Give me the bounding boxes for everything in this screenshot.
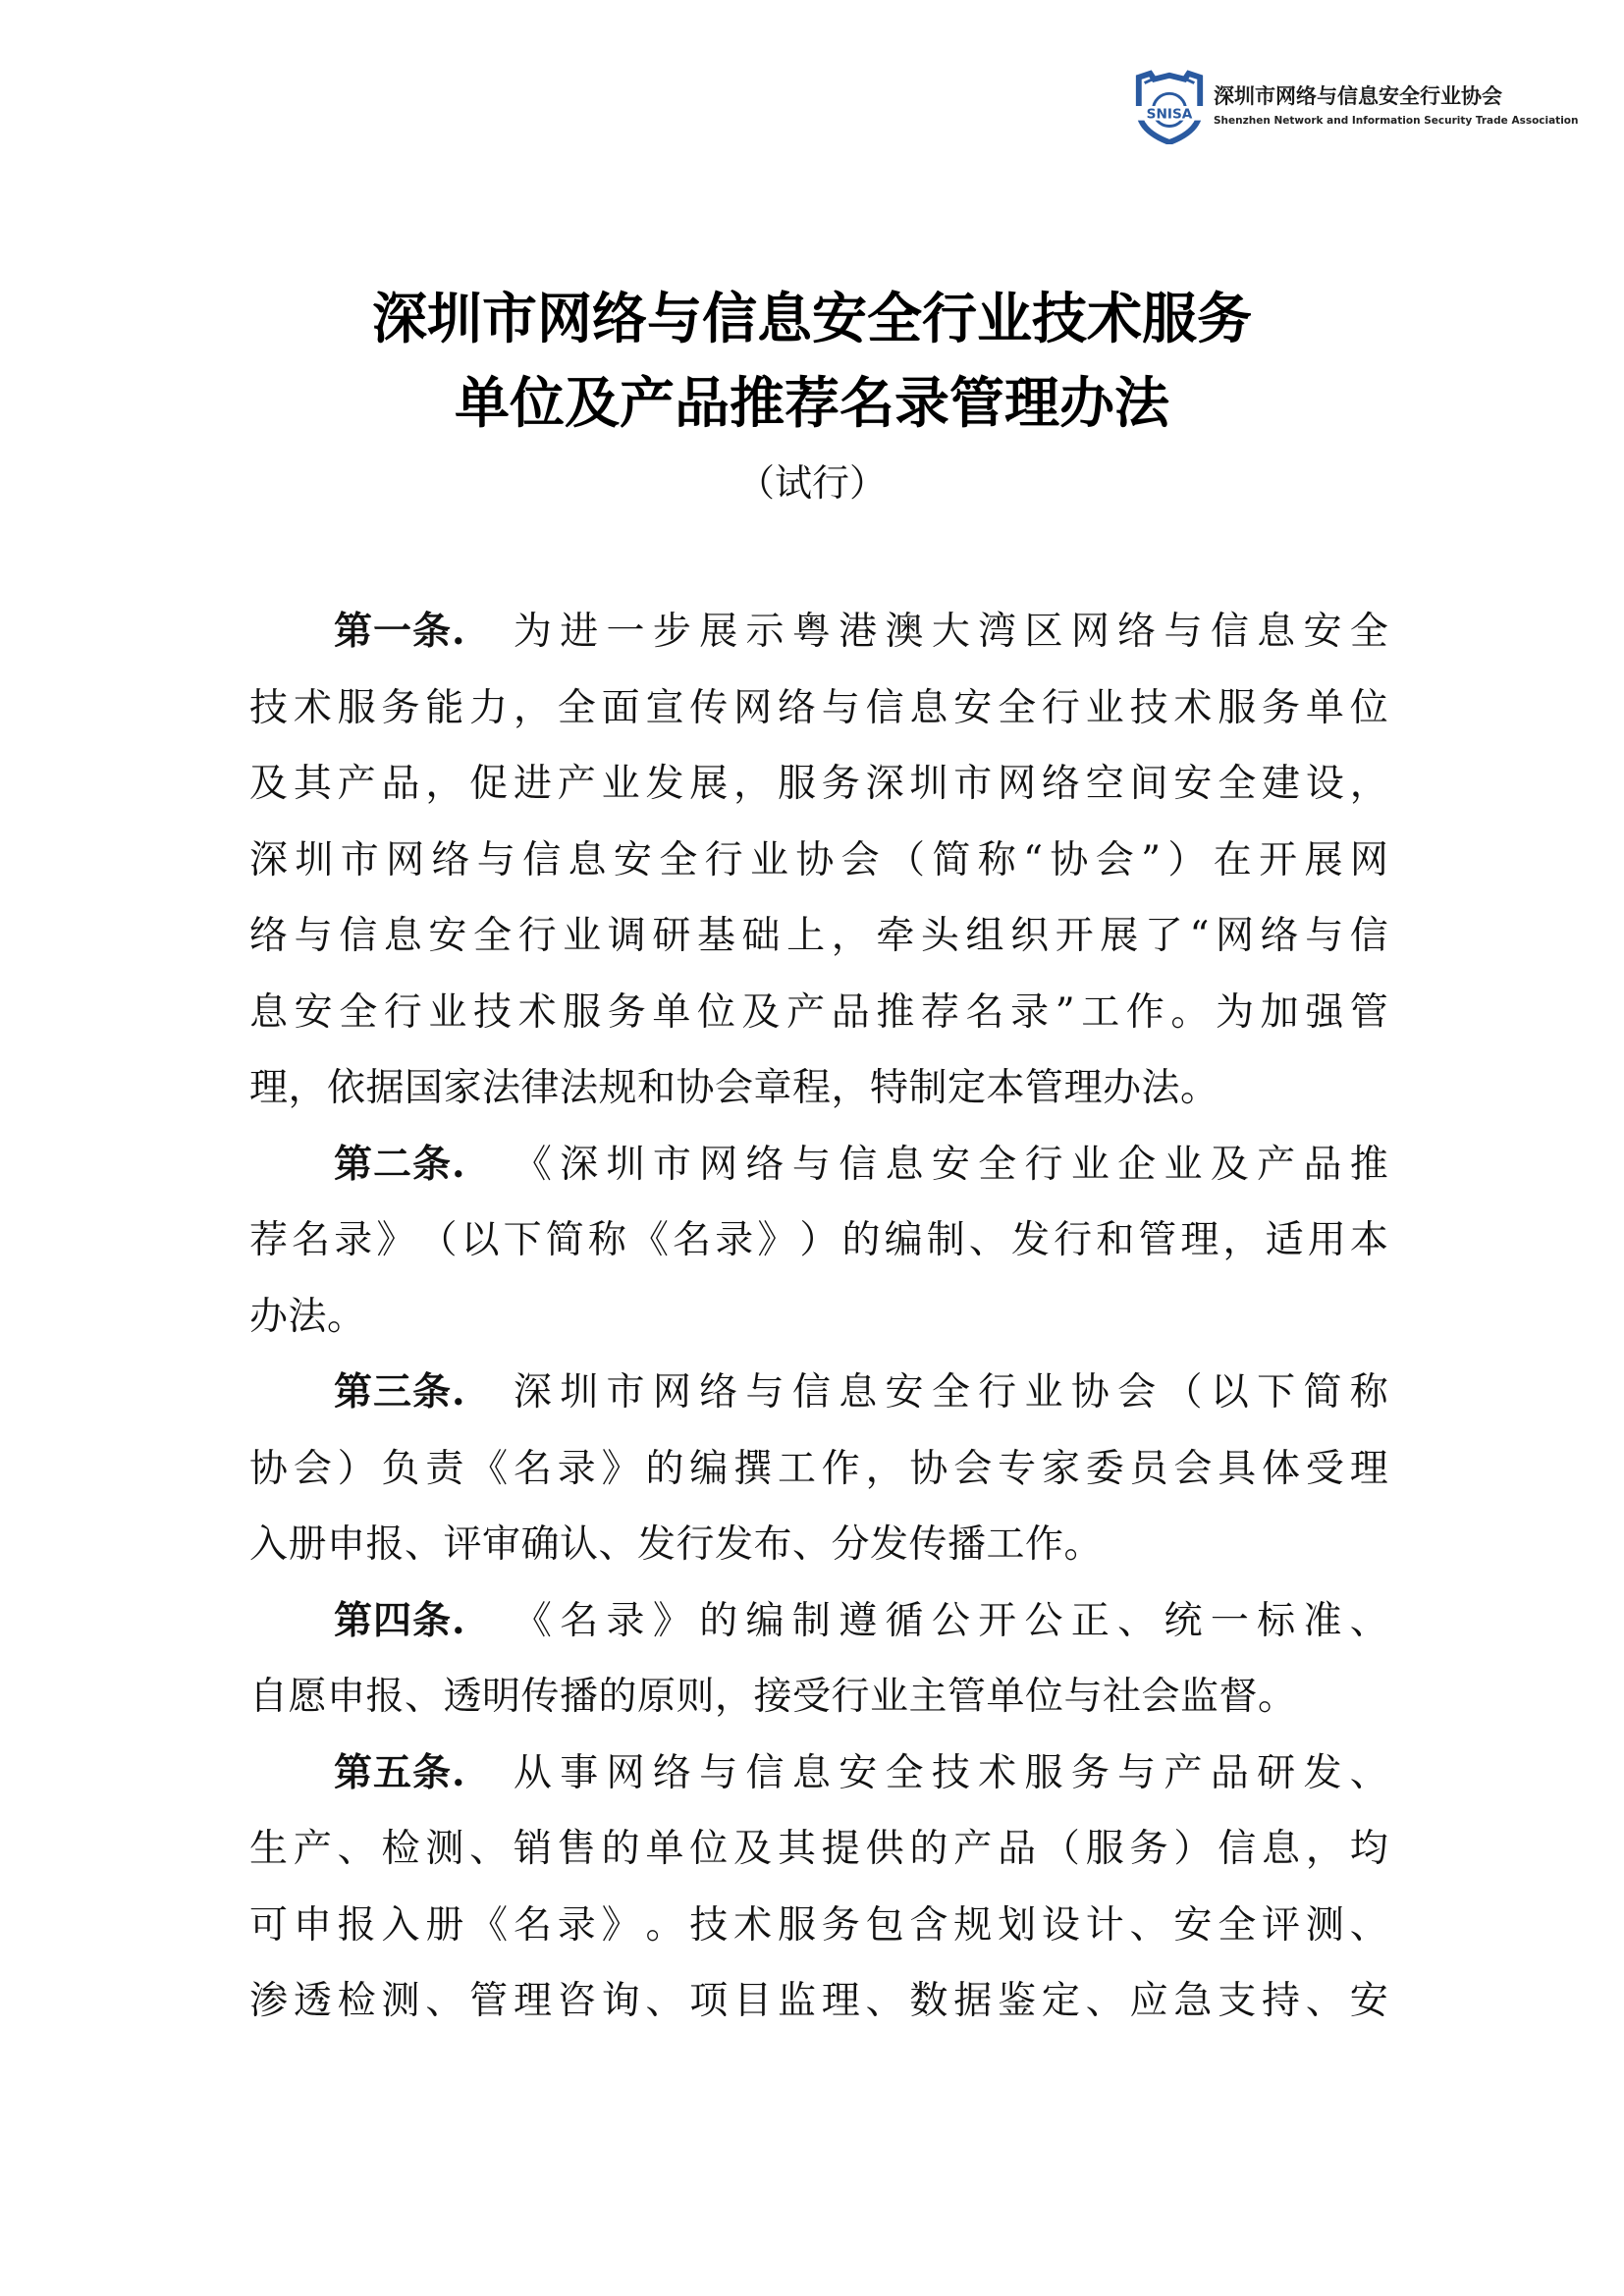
svg-text:SNISA: SNISA bbox=[1147, 107, 1193, 123]
article-label: 第四条. bbox=[334, 1583, 466, 1660]
article-2: 第二条.《深圳市网络与信息安全行业企业及产品推荐名录》（以下简称《名录》）的编制… bbox=[249, 1127, 1388, 1356]
document-body: 第一条.为进一步展示粤港澳大湾区网络与信息安全技术服务能力，全面宣传网络与信息安… bbox=[249, 594, 1388, 2040]
article-line: 第一条.为进一步展示粤港澳大湾区网络与信息安全 bbox=[249, 594, 1388, 670]
article-1: 第一条.为进一步展示粤港澳大湾区网络与信息安全技术服务能力，全面宣传网络与信息安… bbox=[249, 594, 1388, 1127]
article-text: 入册申报、评审确认、发行发布、分发传播工作。 bbox=[249, 1507, 1103, 1583]
article-line: 生产、检测、销售的单位及其提供的产品（服务）信息，均 bbox=[249, 1811, 1388, 1888]
article-label: 第一条. bbox=[334, 594, 466, 670]
article-text: 自愿申报、透明传播的原则，接受行业主管单位与社会监督。 bbox=[249, 1659, 1297, 1735]
article-line: 络与信息安全行业调研基础上，牵头组织开展了“网络与信 bbox=[249, 898, 1388, 975]
article-text: 理，依据国家法律法规和协会章程，特制定本管理办法。 bbox=[249, 1050, 1219, 1127]
article-line: 息安全行业技术服务单位及产品推荐名录”工作。为加强管 bbox=[249, 975, 1388, 1051]
article-line: 第五条.从事网络与信息安全技术服务与产品研发、 bbox=[249, 1735, 1388, 1812]
article-line: 第二条.《深圳市网络与信息安全行业企业及产品推 bbox=[249, 1127, 1388, 1203]
article-line: 深圳市网络与信息安全行业协会（简称“协会”）在开展网 bbox=[249, 823, 1388, 899]
article-text: 办法。 bbox=[249, 1279, 366, 1356]
document-title-line-2: 单位及产品推荐名录管理办法 bbox=[0, 361, 1624, 446]
article-line: 技术服务能力，全面宣传网络与信息安全行业技术服务单位 bbox=[249, 670, 1388, 747]
article-label: 第三条. bbox=[334, 1355, 466, 1431]
article-line: 理，依据国家法律法规和协会章程，特制定本管理办法。 bbox=[249, 1050, 1388, 1127]
article-line: 入册申报、评审确认、发行发布、分发传播工作。 bbox=[249, 1507, 1388, 1583]
article-line: 第三条.深圳市网络与信息安全行业协会（以下简称 bbox=[249, 1355, 1388, 1431]
article-5: 第五条.从事网络与信息安全技术服务与产品研发、生产、检测、销售的单位及其提供的产… bbox=[249, 1735, 1388, 2040]
document-subtitle: （试行） bbox=[0, 454, 1624, 512]
article-label: 第二条. bbox=[334, 1127, 466, 1203]
shield-logo-icon: SNISA bbox=[1131, 68, 1208, 144]
article-4: 第四条.《名录》的编制遵循公开公正、统一标准、自愿申报、透明传播的原则，接受行业… bbox=[249, 1583, 1388, 1735]
article-line: 第四条.《名录》的编制遵循公开公正、统一标准、 bbox=[249, 1583, 1388, 1660]
article-line: 办法。 bbox=[249, 1279, 1388, 1356]
article-line: 可申报入册《名录》。技术服务包含规划设计、安全评测、 bbox=[249, 1888, 1388, 1964]
article-3: 第三条.深圳市网络与信息安全行业协会（以下简称协会）负责《名录》的编撰工作，协会… bbox=[249, 1355, 1388, 1583]
article-label: 第五条. bbox=[334, 1735, 466, 1812]
org-logo: SNISA 深圳市网络与信息安全行业协会 Shenzhen Network an… bbox=[1131, 67, 1602, 145]
article-line: 协会）负责《名录》的编撰工作，协会专家委员会具体受理 bbox=[249, 1431, 1388, 1508]
article-line: 渗透检测、管理咨询、项目监理、数据鉴定、应急支持、安 bbox=[249, 1963, 1388, 2040]
document-title-block: 深圳市网络与信息安全行业技术服务 单位及产品推荐名录管理办法 （试行） bbox=[0, 277, 1624, 512]
article-line: 及其产品，促进产业发展，服务深圳市网络空间安全建设， bbox=[249, 746, 1388, 823]
article-line: 荐名录》（以下简称《名录》）的编制、发行和管理，适用本 bbox=[249, 1202, 1388, 1279]
org-name-en: Shenzhen Network and Information Securit… bbox=[1214, 113, 1579, 129]
document-title-line-1: 深圳市网络与信息安全行业技术服务 bbox=[0, 277, 1624, 361]
article-line: 自愿申报、透明传播的原则，接受行业主管单位与社会监督。 bbox=[249, 1659, 1388, 1735]
org-name-cn: 深圳市网络与信息安全行业协会 bbox=[1214, 83, 1579, 109]
